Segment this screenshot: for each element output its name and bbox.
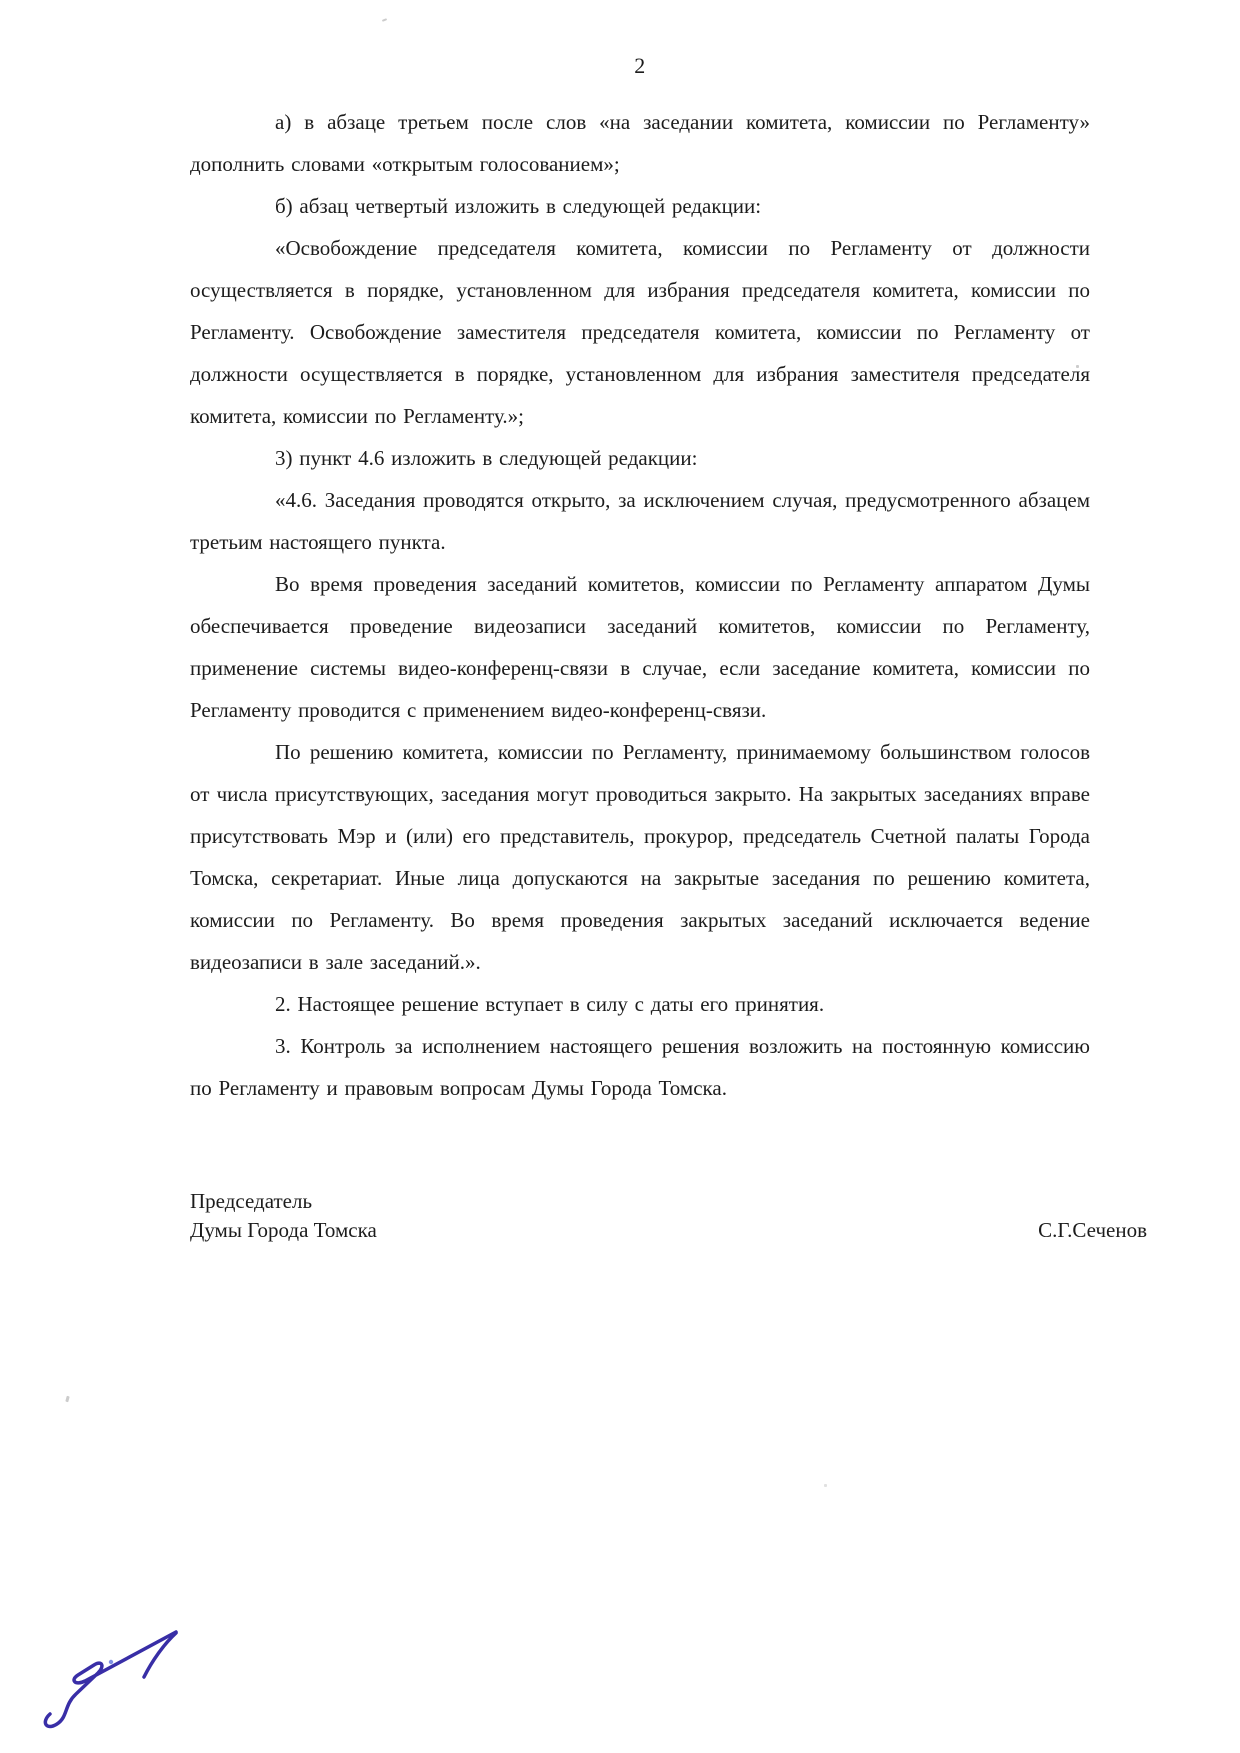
signatory-name: С.Г.Сеченов: [1038, 1216, 1147, 1245]
scanned-document-page: 2 а) в абзаце третьем после слов «на зас…: [0, 0, 1240, 1753]
paragraph-item-2-entry-force: 2. Настоящее решение вступает в силу с д…: [190, 983, 1090, 1025]
paragraph-quoted-revision: «Освобождение председателя комитета, ком…: [190, 227, 1090, 437]
scan-speck: [382, 18, 387, 22]
paragraph-closed-sessions: По решению комитета, комиссии по Регламе…: [190, 731, 1090, 983]
paragraph-b-amendment: б) абзац четвертый изложить в следующей …: [190, 185, 1090, 227]
paragraph-item-3: 3) пункт 4.6 изложить в следующей редакц…: [190, 437, 1090, 479]
signatory-title-line1: Председатель: [190, 1187, 377, 1216]
page-number: 2: [190, 45, 1090, 87]
scan-speck: [65, 1396, 69, 1403]
handwritten-signature-ink: [28, 1602, 198, 1742]
document-content-column: 2 а) в абзаце третьем после слов «на зас…: [190, 45, 1090, 1245]
document-body: а) в абзаце третьем после слов «на засед…: [190, 101, 1090, 1109]
paragraph-item-3-control: 3. Контроль за исполнением настоящего ре…: [190, 1025, 1090, 1109]
scan-speck: [824, 1484, 827, 1487]
signatory-title: Председатель Думы Города Томска: [190, 1187, 377, 1245]
signature-main-stroke: [45, 1632, 176, 1727]
paragraph-a-amendment: а) в абзаце третьем после слов «на засед…: [190, 101, 1090, 185]
signature-ink-dot: [109, 1660, 113, 1664]
paragraph-video-recording: Во время проведения заседаний комитетов,…: [190, 563, 1090, 731]
paragraph-clause-4-6: «4.6. Заседания проводятся открыто, за и…: [190, 479, 1090, 563]
scan-speck: [1076, 365, 1079, 368]
signatory-title-line2: Думы Города Томска: [190, 1216, 377, 1245]
signature-block: Председатель Думы Города Томска С.Г.Сече…: [190, 1187, 1147, 1245]
